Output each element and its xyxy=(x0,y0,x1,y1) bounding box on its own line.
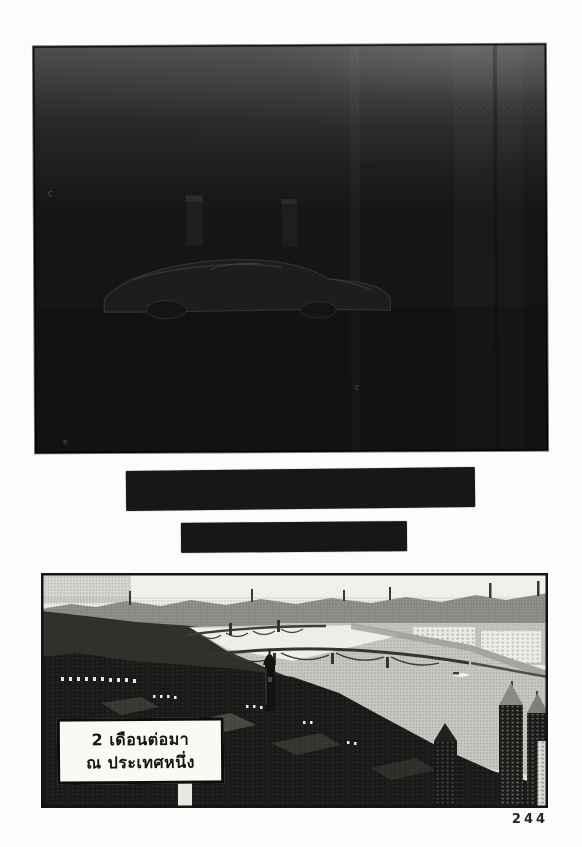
svg-text:c: c xyxy=(48,189,53,199)
dark-scene-illustration: c c e xyxy=(33,44,548,454)
panel-dark-scene: c c e xyxy=(33,44,548,454)
caption-box: 2 เดือนต่อมา ณ ประเทศหนึ่ง xyxy=(57,717,224,784)
redacted-caption-bar-2 xyxy=(181,521,407,553)
page-number: 244 xyxy=(500,812,560,827)
caption-line-1: 2 เดือนต่อมา xyxy=(92,729,190,751)
svg-text:e: e xyxy=(63,437,68,446)
svg-text:c: c xyxy=(355,383,359,392)
bottom-shadow xyxy=(34,306,548,454)
redacted-caption-bar-1 xyxy=(126,467,475,511)
caption-line-2: ณ ประเทศหนึ่ง xyxy=(86,751,195,773)
panel-city-photo: 2 เดือนต่อมา ณ ประเทศหนึ่ง xyxy=(41,573,548,808)
boat xyxy=(453,672,459,675)
comic-page: c c e xyxy=(0,0,582,847)
